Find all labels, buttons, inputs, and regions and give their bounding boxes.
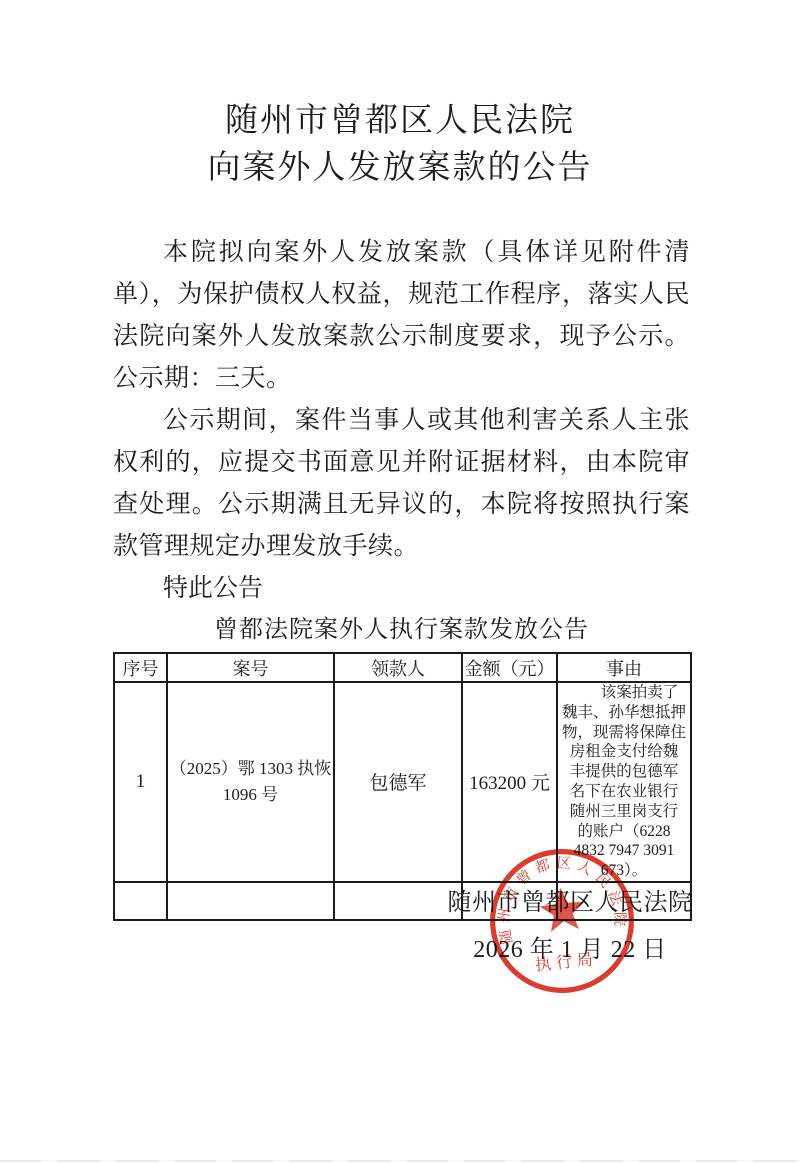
empty-cell xyxy=(114,882,167,920)
empty-cell xyxy=(167,882,334,920)
header-case-number: 案号 xyxy=(167,653,334,682)
case-number-line-2: 1096 号 xyxy=(168,782,333,808)
header-seq: 序号 xyxy=(114,653,167,682)
cell-seq: 1 xyxy=(114,682,167,882)
scan-edge-artifact xyxy=(0,1160,800,1162)
paragraph-objection-procedure: 公示期间，案件当事人或其他利害关系人主张权利的，应提交书面意见并附证据材料，由本… xyxy=(113,400,690,568)
cell-reason: 该案拍卖了 魏丰、孙华想抵押 物，现需将保障住 房租金支付给魏 丰提供的包德军 … xyxy=(557,682,691,882)
header-reason: 事由 xyxy=(557,653,691,682)
case-funds-table: 序号 案号 领款人 金额（元） 事由 1 （2025）鄂 1303 执恢 109… xyxy=(113,652,692,921)
table-title: 曾都法院案外人执行案款发放公告 xyxy=(113,614,690,646)
cell-case-number: （2025）鄂 1303 执恢 1096 号 xyxy=(167,682,334,882)
document-page: 随州市曾都区人民法院 向案外人发放案款的公告 本院拟向案外人发放案款（具体详见附… xyxy=(0,0,800,1163)
header-amount: 金额（元） xyxy=(462,653,557,682)
cell-amount: 163200 元 xyxy=(462,682,557,882)
document-title: 随州市曾都区人民法院 向案外人发放案款的公告 xyxy=(0,0,800,192)
signature-date: 2026 年 1 月 22 日 xyxy=(420,933,720,967)
closing-phrase: 特此公告 xyxy=(113,568,690,610)
case-number-line-1: （2025）鄂 1303 执恢 xyxy=(168,756,333,782)
cell-payee: 包德军 xyxy=(334,682,462,882)
signature-block: 随州市曾都区人民法院 2026 年 1 月 22 日 xyxy=(420,886,720,967)
header-payee: 领款人 xyxy=(334,653,462,682)
document-title-line-2: 向案外人发放案款的公告 xyxy=(0,145,800,192)
document-body: 本院拟向案外人发放案款（具体详见附件清单），为保护债权人权益，规范工作程序，落实… xyxy=(113,232,690,921)
table-row: 1 （2025）鄂 1303 执恢 1096 号 包德军 163200 元 该案… xyxy=(114,682,691,882)
paragraph-announcement: 本院拟向案外人发放案款（具体详见附件清单），为保护债权人权益，规范工作程序，落实… xyxy=(113,232,690,400)
table-header-row: 序号 案号 领款人 金额（元） 事由 xyxy=(114,653,691,682)
document-title-line-1: 随州市曾都区人民法院 xyxy=(0,98,800,145)
signature-court-name: 随州市曾都区人民法院 xyxy=(420,886,720,920)
